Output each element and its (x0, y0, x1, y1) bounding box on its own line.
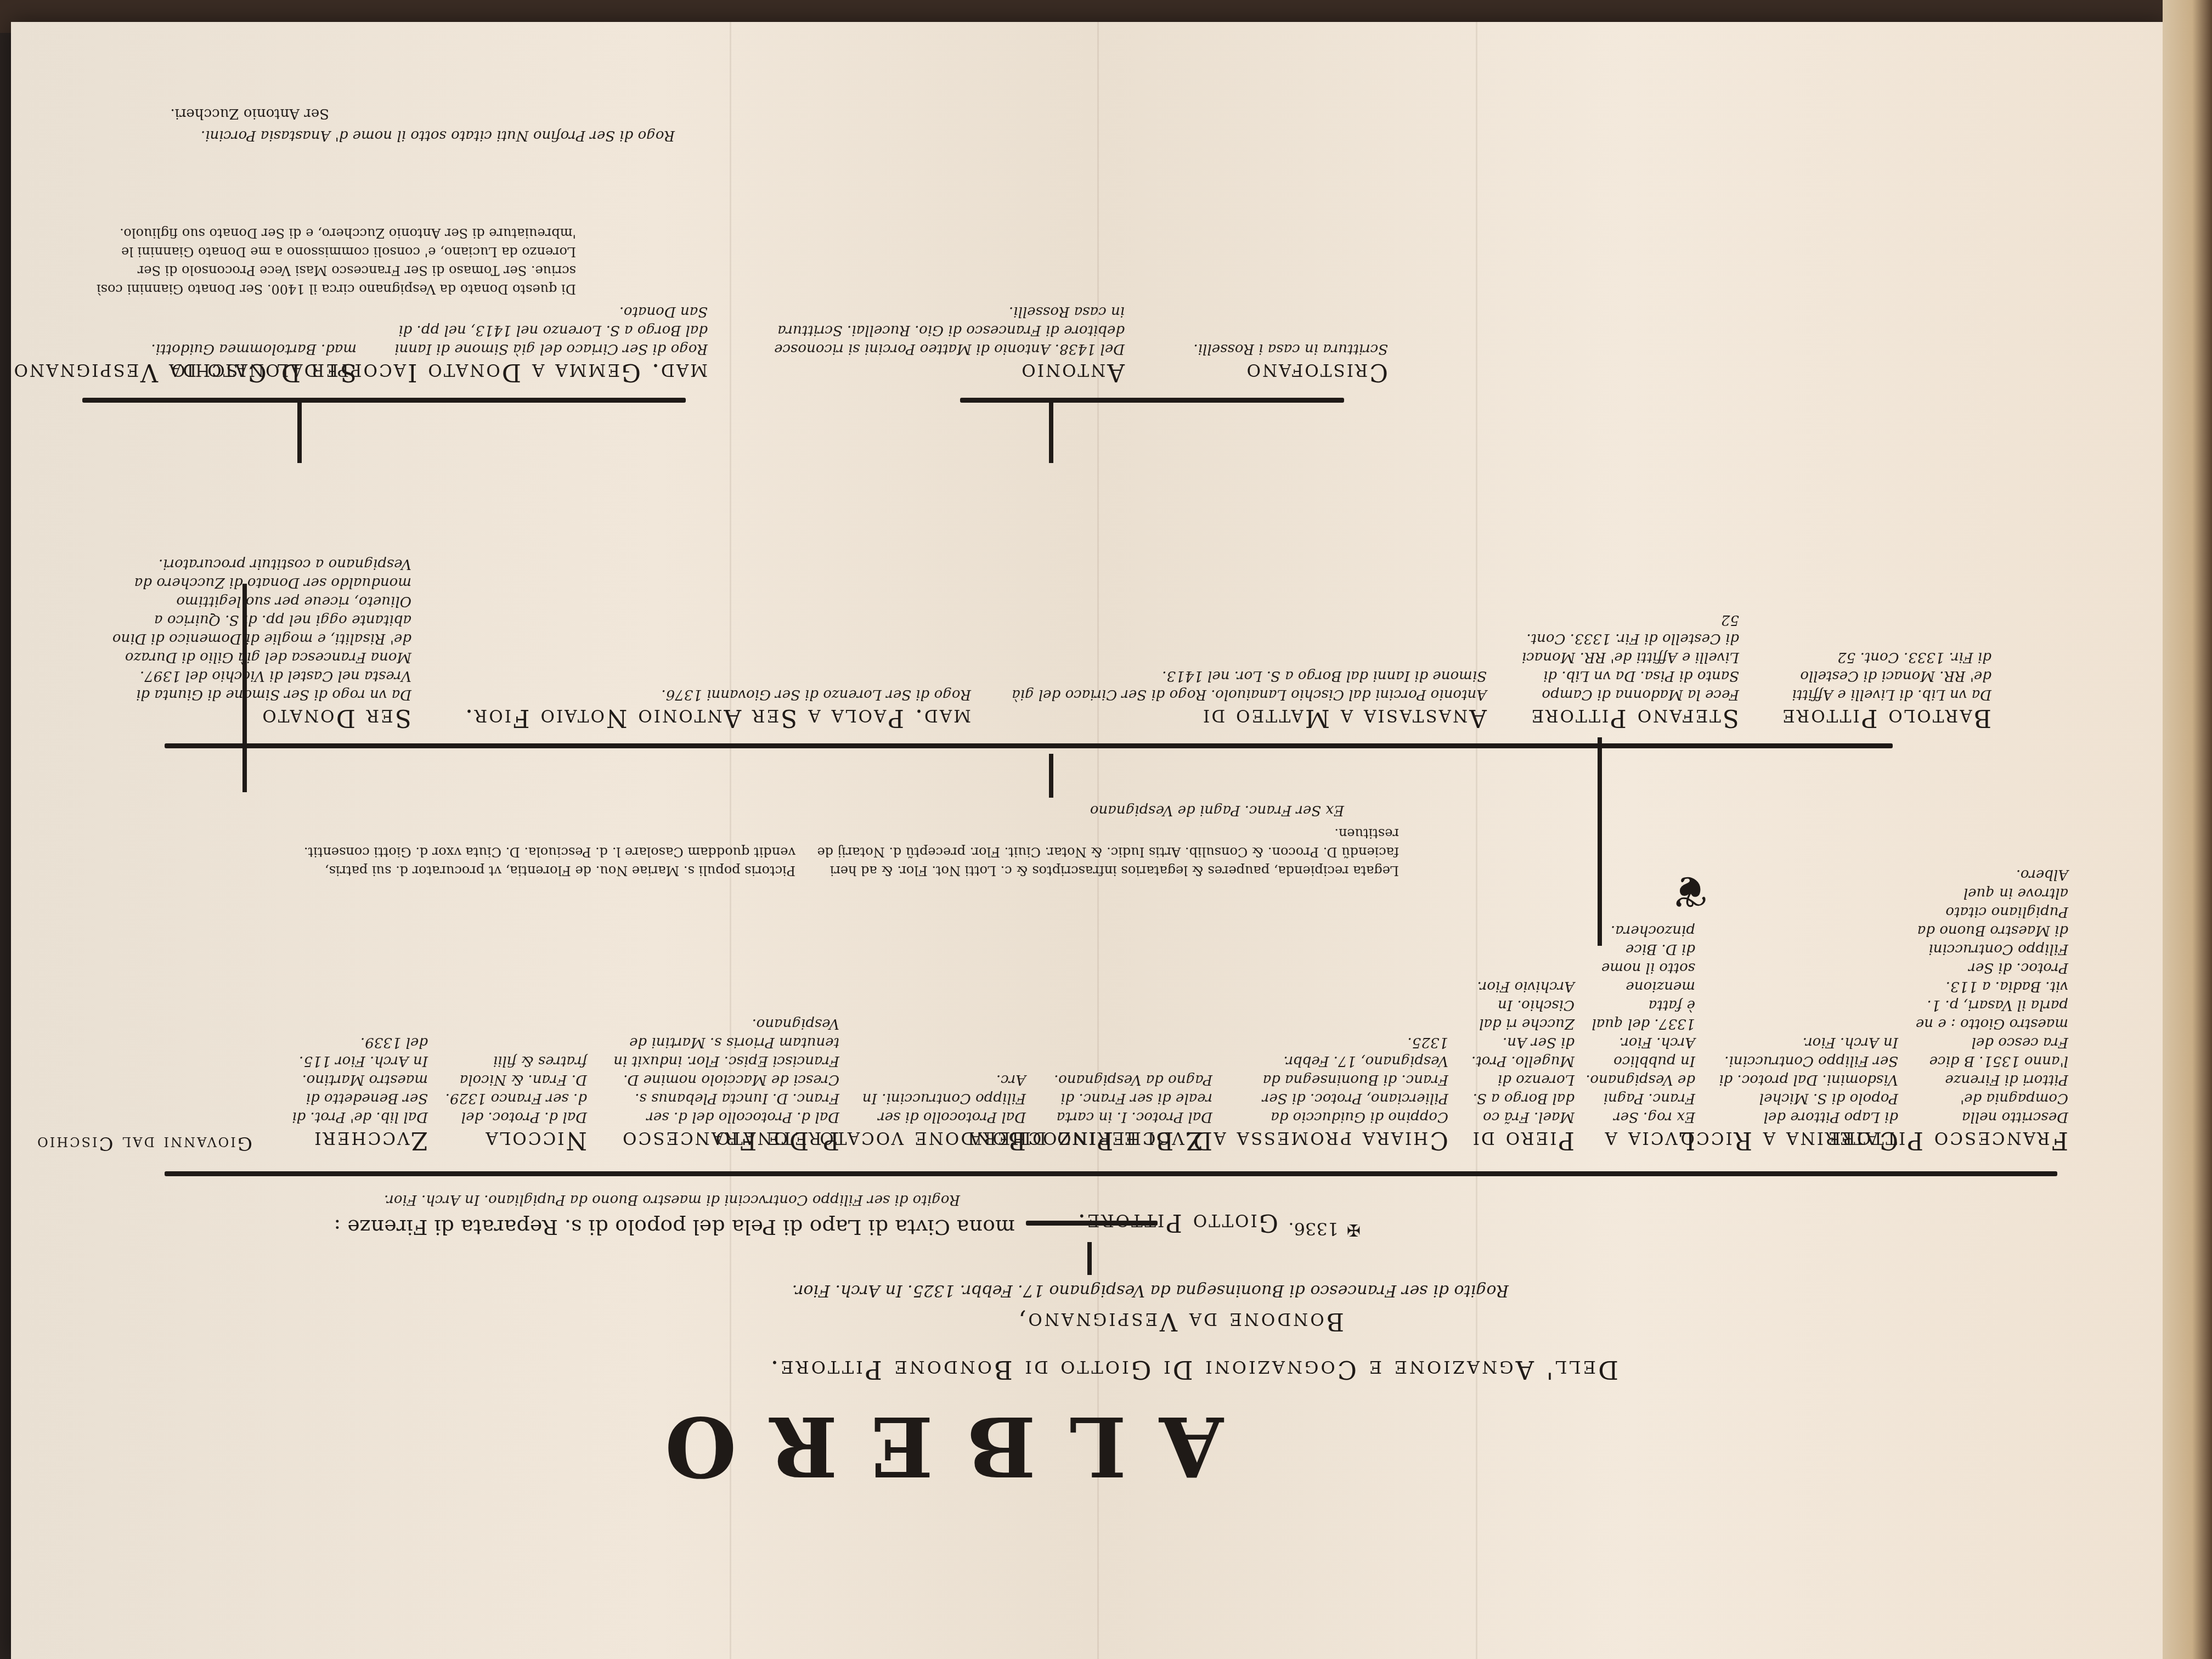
person-name: Antonio (768, 358, 1125, 386)
child-entry: Piero di Mael. Frã co dal Borgo a S. Lor… (1465, 977, 1575, 1154)
person-note: Fece la Madonna di Campo Santo di Pisa. … (1509, 611, 1739, 704)
person-note: Rogo di Ser Lorenzo di Ser Giovanni 1376… (450, 685, 971, 704)
person-note: mad. Bartolommea Guidotti. (71, 340, 357, 358)
giotto-death-year: 1336. (1288, 1218, 1339, 1239)
child-note: di Lapo Pittore del Popolo di S. Michel … (1717, 1033, 1898, 1126)
child-name: Zvccheri (285, 1126, 428, 1154)
latin-block: Legata recipienda, pauperes & legatarios… (795, 824, 1399, 880)
bottom-note-2: Ser Antonio Zuccheri. (170, 104, 329, 123)
child-entry: Giovanni dal Cischio (143, 1132, 252, 1154)
person-name: Stefano Pittore (1509, 704, 1739, 732)
middle-tier-line (165, 743, 1893, 748)
connector (1087, 1242, 1092, 1275)
root-note: Rogito di ser Francesco di Buoninsegna d… (792, 1281, 1509, 1300)
upper-entry: Antonio Del 1438. Antonio di Matteo Porc… (768, 302, 1125, 386)
person-name: mad. Gemma a Donato Iacoppi dal Cischio (379, 358, 708, 386)
middle-entry: Ser Donato Da vn rogo di Ser Simone di G… (104, 555, 411, 732)
upper-entry: Cristofano Scrittura in casa i Rosselli. (1169, 340, 1388, 386)
person-note: Antonio Porcini dal Cischio Lanaiuolo. R… (993, 667, 1487, 704)
upper-entry: mad. Gemma a Donato Iacoppi dal Cischio … (379, 302, 708, 386)
upper-tier-line (960, 398, 1344, 403)
middle-entry: mad. Paola a Ser Antonio Notaio Fior. Ro… (450, 685, 971, 732)
child-name: Niccola (444, 1126, 587, 1154)
cross-symbol: ✠ (1347, 1220, 1361, 1239)
child-entry: Chiara promessa a Zvccherino di Coppino … (1240, 1033, 1448, 1154)
connector (297, 403, 302, 463)
printer-ornament-icon: ❦ (1662, 864, 1717, 918)
child-note: Descritto nella Compagnia de' Pittori di… (1915, 865, 2068, 1126)
child-entry: Prete Francesco Dal d. Protocollo del d.… (609, 1014, 839, 1154)
root-name: Bondone da Vespignano, (1016, 1307, 1344, 1335)
child-name: Piero di (1465, 1126, 1575, 1154)
child-name: Francesco Pittore (1915, 1126, 2068, 1154)
bottom-note: Rogo di Ser Profino Nuti citato sotto il… (126, 126, 675, 145)
person-name: mad. Paola a Ser Antonio Notaio Fior. (450, 704, 971, 732)
document-subtitle: Dell' Agnazione e Cognazioni Di Giotto d… (769, 1355, 1618, 1385)
document-title: ALBERO (632, 1398, 1223, 1494)
child-name: D. Bi e Pinzochera (1048, 1126, 1212, 1154)
child-name: Caterina a Ricco (1717, 1126, 1898, 1154)
person-note: Da vn rogo di Ser Simone di Giunta di Vr… (104, 555, 411, 704)
person-name: Cristofano (1169, 358, 1388, 386)
child-name: Lvcia a (1585, 1126, 1695, 1154)
middle-entry: Bartolo Pittore Da vn Lib. di Livelli e … (1783, 648, 1991, 732)
person-note: Da vn Lib. di Livelli e Affitti de' RR. … (1783, 648, 1991, 704)
child-entry: Zvccheri Dal lib. de' Prot. di Ser Bened… (285, 1033, 428, 1154)
child-entry: Lvcia a Ex rog. Ser Franc. Pagni de Vesp… (1585, 921, 1695, 1154)
middle-entry: Stefano Pittore Fece la Madonna di Campo… (1509, 611, 1739, 732)
giotto-wife: mona Civta di Lapo di Pela del popolo di… (334, 1218, 1015, 1237)
child-note: Dal d. Protocollo del d. ser Franc. D. I… (609, 1014, 839, 1126)
child-entry: Niccola Dal d. Protoc. del d. ser Franco… (444, 1052, 587, 1154)
child-name: Prete Francesco (609, 1126, 839, 1154)
connector (1049, 403, 1053, 463)
top-prose: Di questo Donato da Vespignano circa il … (82, 224, 576, 298)
connector (1598, 737, 1602, 946)
child-entry: Francesco Pittore Descritto nella Compag… (1915, 865, 2068, 1154)
upper-tier-line (82, 398, 686, 403)
marriage-line (1026, 1221, 1158, 1226)
child-note: Dal Protocollo di ser Filippo Contruccin… (861, 1070, 1026, 1126)
book-page-edge (2163, 0, 2212, 1659)
giotto-wife-note: Rogito di ser Filippo Contrvccini di mae… (384, 1190, 960, 1209)
person-note: Del 1438. Antonio di Matteo Porcini si r… (768, 302, 1125, 358)
child-entry: Caterina a Ricco di Lapo Pittore del Pop… (1717, 1033, 1898, 1154)
child-note: Dal lib. de' Prot. di Ser Benedetto di m… (285, 1033, 428, 1126)
person-name: Ser Donato da Vespignano (71, 358, 357, 386)
person-name: Ser Donato (104, 704, 411, 732)
children-line (165, 1171, 2057, 1176)
child-note: Dal d. Protoc. del d. ser Franco 1329. D… (444, 1052, 587, 1126)
person-note: Scrittura in casa i Rosselli. (1169, 340, 1388, 358)
latin-left-block: Pictoris populi s. Mariae Nou. de Floren… (302, 843, 795, 880)
child-note: Coppino di Guiduccio da Piliercianο, Pro… (1240, 1033, 1448, 1126)
person-name: Bartolo Pittore (1783, 704, 1991, 732)
child-note: Mael. Frã co dal Borgo a S. Lorenzo di M… (1465, 977, 1575, 1126)
child-name: Chiara promessa a Zvccherino di (1240, 1126, 1448, 1154)
connector (1049, 754, 1053, 798)
child-note: Dal Protoc. I. in carta reale di ser Fra… (1048, 1070, 1212, 1126)
child-entry: Bondone vocato Donato Dal Protocollo di … (861, 1070, 1026, 1154)
latin-source: Ex Ser Franc. Pagni de Vespignano (1090, 801, 1344, 820)
upper-entry: Ser Donato da Vespignano mad. Bartolomme… (71, 340, 357, 386)
child-note: Ex rog. Ser Franc. Pagni de Vespignano. … (1585, 921, 1695, 1126)
child-name: Bondone vocato Donato (861, 1126, 1026, 1154)
person-note: Rogo di Ser Ciriaco del già Simone di Ia… (379, 302, 708, 358)
child-name: Giovanni dal Cischio (143, 1132, 252, 1154)
person-name: Anastasia a Matteo di (993, 704, 1487, 732)
child-entry: D. Bi e Pinzochera Dal Protoc. I. in car… (1048, 1070, 1212, 1154)
genealogical-tree: ALBERO Dell' Agnazione e Cognazioni Di G… (11, 22, 2167, 1659)
middle-entry: Anastasia a Matteo di Antonio Porcini da… (993, 667, 1487, 732)
